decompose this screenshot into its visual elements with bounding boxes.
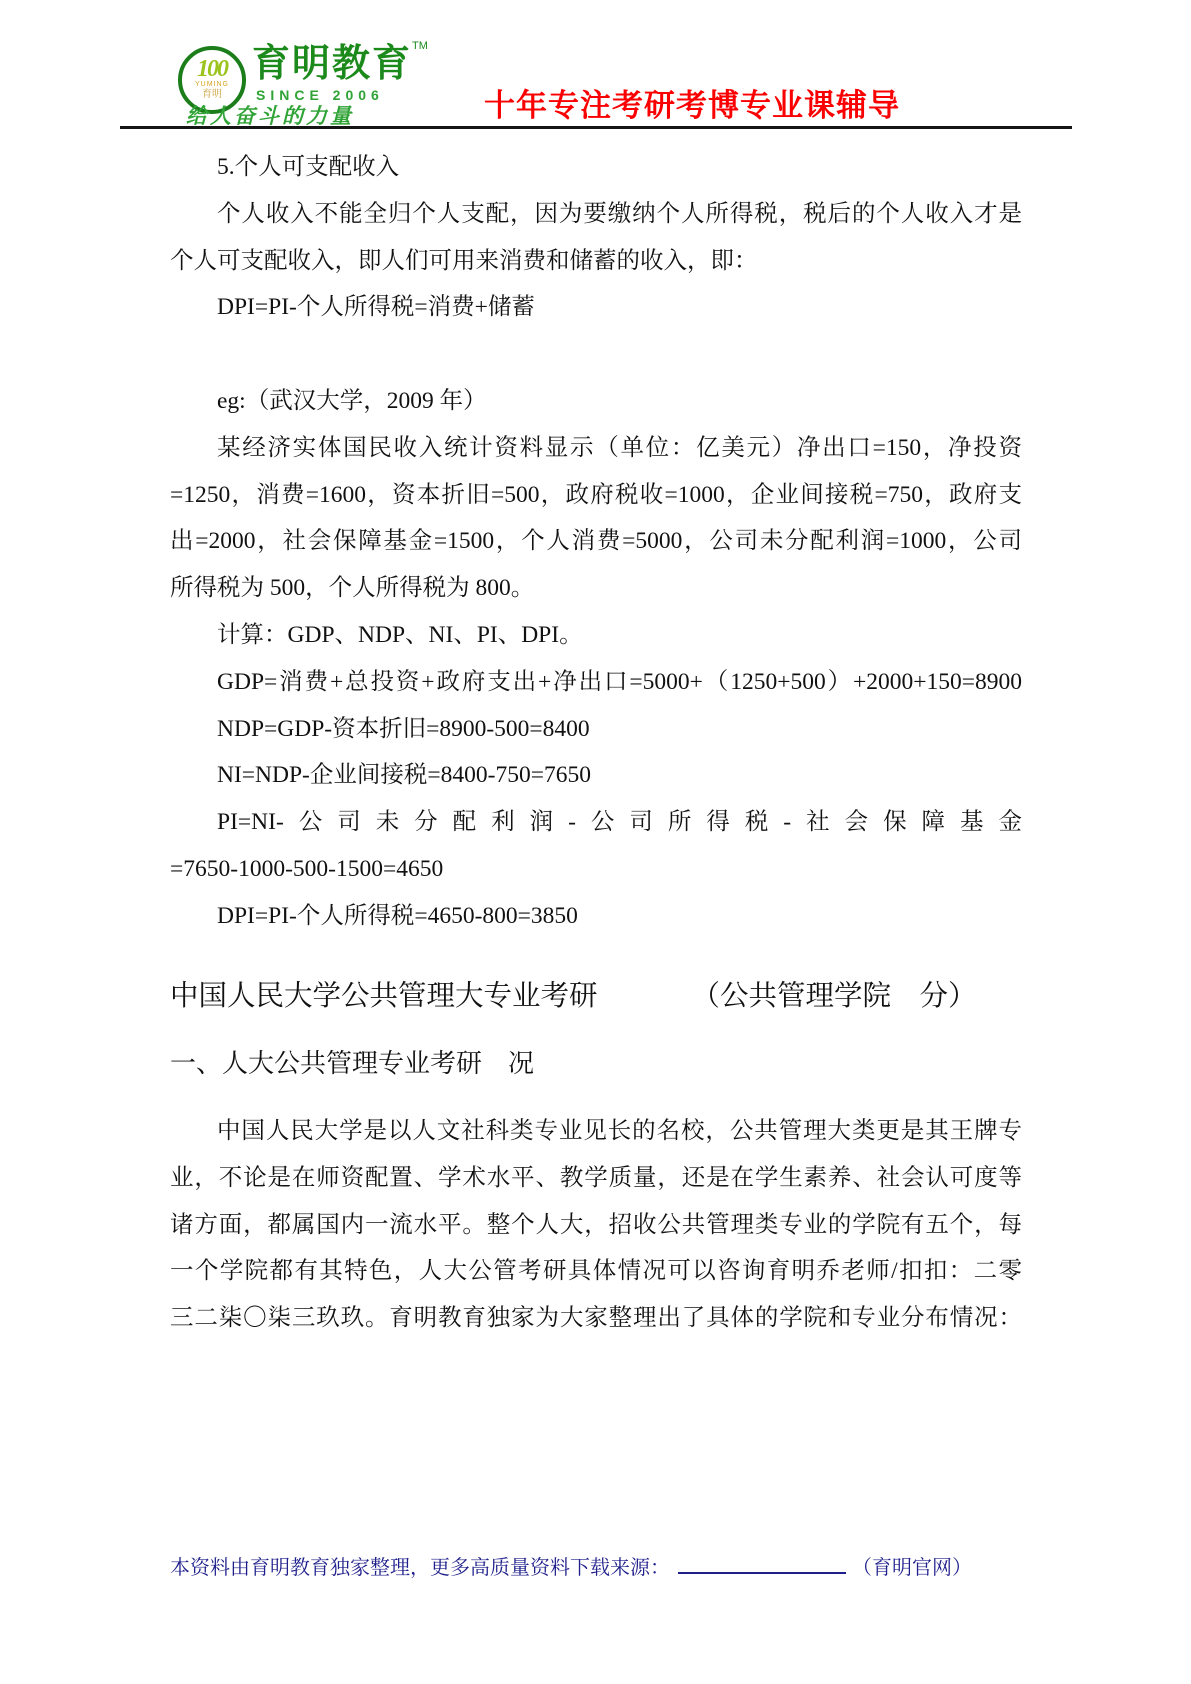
text-line: 计算：GDP、NDP、NI、PI、DPI。 — [170, 612, 1022, 659]
text-line: 一个学院都有其特色，人大公管考研具体情况可以咨询育明乔老师/扣扣：二零 — [170, 1248, 1022, 1295]
paragraph-block: 中国人民大学是以人文社科类专业见长的名校，公共管理大类更是其王牌专 业，不论是在… — [170, 1108, 1022, 1342]
text-line: =7650-1000-500-1500=4650 — [170, 846, 1022, 893]
text-line: 个人可支配收入，即人们可用来消费和储蓄的收入，即： — [170, 238, 1022, 285]
trademark-icon: TM — [412, 40, 428, 52]
text-line: NDP=GDP-资本折旧=8900-500=8400 — [170, 706, 1022, 753]
text-line: eg:（武汉大学，2009 年） — [170, 378, 1022, 425]
text-line: 某经济实体国民收入统计资料显示（单位：亿美元）净出口=150，净投资 — [170, 425, 1022, 472]
text-line: 业，不论是在师资配置、学术水平、教学质量，还是在学生素养、社会认可度等 — [170, 1155, 1022, 1202]
document-page: 100 YUMING 育明 育明教育TM SINCE 2006 给人奋斗的力量 … — [0, 0, 1191, 1684]
body-text-block: 5.个人可支配收入 个人收入不能全归个人支配，因为要缴纳个人所得税，税后的个人收… — [170, 144, 1022, 940]
section-title: 中国人民大学公共管理大专业考研 （公共管理学院 分） — [170, 978, 1040, 1016]
header-tagline: 十年专注考研考博专业课辅导 — [484, 80, 900, 125]
brand-lockup: 育明教育TM — [252, 44, 428, 84]
text-line: 5.个人可支配收入 — [170, 144, 1022, 191]
text-line: DPI=PI-个人所得税=4650-800=3850 — [170, 893, 1022, 940]
footer-lead: 本资料由育明教育独家整理，更多高质量资料下载来源： — [170, 1557, 670, 1579]
logo-badge-number: 100 — [182, 57, 242, 81]
page-footer: 本资料由育明教育独家整理，更多高质量资料下载来源：（育明官网） — [170, 1552, 1070, 1582]
footer-blank-underline — [678, 1552, 846, 1574]
text-line: 诸方面，都属国内一流水平。整个人大，招收公共管理类专业的学院有五个，每 — [170, 1202, 1022, 1249]
text-line: 中国人民大学是以人文社科类专业见长的名校，公共管理大类更是其王牌专 — [170, 1108, 1022, 1155]
text-line: 个人收入不能全归个人支配，因为要缴纳个人所得税，税后的个人收入才是 — [170, 191, 1022, 238]
text-line — [170, 331, 1022, 378]
text-line: 三二柒〇柒三玖玖。育明教育独家为大家整理出了具体的学院和专业分布情况： — [170, 1295, 1022, 1342]
section-subtitle: 一、人大公共管理专业考研 况 — [170, 1046, 534, 1082]
text-line: 出=2000，社会保障基金=1500，个人消费=5000，公司未分配利润=100… — [170, 518, 1022, 565]
section-title-main: 中国人民大学公共管理大专业考研 — [170, 978, 598, 1016]
brand-name: 育明教育 — [252, 43, 412, 85]
text-line: PI=NI-公司未分配利润-公司所得税-社会保障基金 — [170, 799, 1022, 846]
text-line: 所得税为 500，个人所得税为 800。 — [170, 565, 1022, 612]
logo-badge-name: YUMING — [182, 81, 242, 89]
logo-badge-cn: 育明 — [182, 89, 242, 100]
text-line: DPI=PI-个人所得税=消费+储蓄 — [170, 284, 1022, 331]
text-line: =1250，消费=1600，资本折旧=500，政府税收=1000，企业间接税=7… — [170, 472, 1022, 519]
header-rule — [120, 126, 1072, 129]
text-line: GDP=消费+总投资+政府支出+净出口=5000+（1250+500）+2000… — [170, 659, 1022, 706]
footer-site-note: （育明官网） — [852, 1557, 972, 1579]
section-title-note: （公共管理学院 分） — [692, 978, 977, 1016]
text-line: NI=NDP-企业间接税=8400-750=7650 — [170, 752, 1022, 799]
